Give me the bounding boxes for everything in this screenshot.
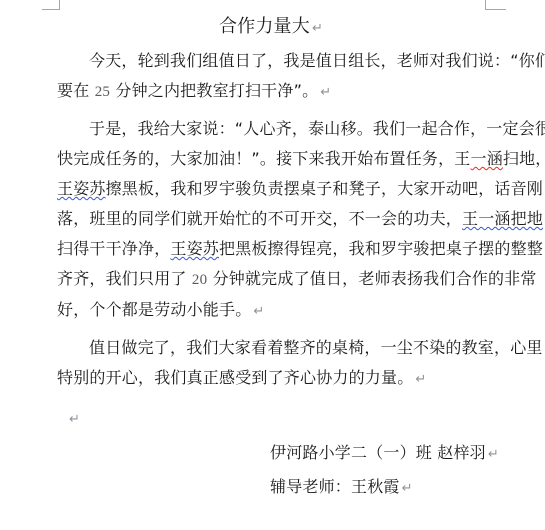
grammar-blue-run: 王姿苏 (170, 239, 219, 258)
text-run: 扫得干干净净， (57, 239, 170, 258)
paragraph-mark-icon: ↵ (488, 447, 499, 462)
text-run: 合作力量大 (219, 16, 310, 37)
text-run: 落，班里的同学们就开始忙的不可开交，不一会的功夫， (57, 209, 462, 228)
numeral-run: 20 (192, 272, 207, 288)
text-run: 特别的开心，我们真正感受到了齐心协力的力量。 (57, 368, 413, 387)
text-run: 把黑板擦得锃亮，我和罗宇骏把桌子摆的整整 (219, 239, 543, 258)
text-line: 王姿苏擦黑板，我和罗宇骏负责摆桌子和凳子，大家开动吧，话音刚 (57, 174, 529, 204)
text-line: 今天，轮到我们组值日了，我是值日组长，老师对我们说：“你们 (57, 46, 529, 76)
text-line: 要在 25 分钟之内把教室打扫干净”。↵ (57, 76, 529, 108)
signature-line: 伊河路小学二（一）班 赵梓羽↵ (270, 437, 529, 471)
text-run: 齐齐，我们只用了 (57, 269, 192, 288)
text-run: 今天，轮到我们组值日了，我是值日组长，老师对我们说：“你们 (89, 51, 545, 70)
text-line: 值日做完了，我们大家看着整齐的桌椅，一尘不染的教室，心里 (57, 333, 529, 363)
text-line: 快完成任务的，大家加油！”。接下来我开始布置任务，王一涵扫地， (57, 144, 529, 174)
grammar-blue-run: 王姿苏 (57, 179, 106, 198)
paragraph-mark-icon: ↵ (402, 481, 413, 496)
text-line: 扫得干干净净，王姿苏把黑板擦得锃亮，我和罗宇骏把桌子摆的整整 (57, 234, 529, 264)
grammar-blue-run: 王一涵把地 (462, 209, 543, 228)
document-page: 合作力量大↵今天，轮到我们组值日了，我是值日组长，老师对我们说：“你们要在 25… (0, 0, 545, 530)
paragraph-mark-icon: ↵ (69, 412, 80, 427)
text-run: 分钟之内把教室打扫干净”。 (110, 81, 318, 100)
text-line: 好，个个都是劳动小能手。↵ (57, 295, 529, 327)
numeral-run: 25 (95, 84, 110, 100)
text-run: 值日做完了，我们大家看着整齐的桌椅，一尘不染的教室，心里 (89, 338, 543, 357)
text-run: 要在 (57, 81, 95, 100)
text-run: 扫地， (503, 149, 545, 168)
text-run: 伊河路小学二（一）班 赵梓羽 (270, 443, 486, 462)
signature-line: 辅导老师：王秋霞↵ (270, 471, 529, 505)
text-run: 擦黑板，我和罗宇骏负责摆桌子和凳子，大家开动吧，话音刚 (106, 179, 543, 198)
paragraph-mark-icon: ↵ (415, 372, 426, 387)
text-run: 于是，我给大家说：“人心齐，泰山移。我们一起合作，一定会很 (89, 119, 545, 138)
text-run: 快完成任务的，大家加油！”。接下来我开始布置任务，王 (57, 149, 471, 168)
margin-crop-mark-right (485, 0, 506, 10)
text-run: 辅导老师：王秋霞 (270, 477, 400, 496)
text-run: 分钟就完成了值日，老师表扬我们合作的非常 (207, 269, 536, 288)
empty-paragraph-line: ↵ (57, 401, 529, 437)
paragraph-mark-icon: ↵ (312, 21, 323, 36)
paragraph-mark-icon: ↵ (320, 85, 331, 100)
text-line: 于是，我给大家说：“人心齐，泰山移。我们一起合作，一定会很 (57, 114, 529, 144)
spellcheck-red-run: 一涵 (471, 149, 503, 168)
document-body: 合作力量大↵今天，轮到我们组值日了，我是值日组长，老师对我们说：“你们要在 25… (57, 10, 529, 505)
document-title-line: 合作力量大↵ (57, 10, 485, 46)
text-line: 特别的开心，我们真正感受到了齐心协力的力量。↵ (57, 363, 529, 395)
text-line: 落，班里的同学们就开始忙的不可开交，不一会的功夫，王一涵把地 (57, 204, 529, 234)
text-line: 齐齐，我们只用了 20 分钟就完成了值日，老师表扬我们合作的非常 (57, 264, 529, 295)
margin-crop-mark-left (42, 0, 60, 10)
text-run: 好，个个都是劳动小能手。 (57, 300, 251, 319)
paragraph-mark-icon: ↵ (253, 304, 264, 319)
